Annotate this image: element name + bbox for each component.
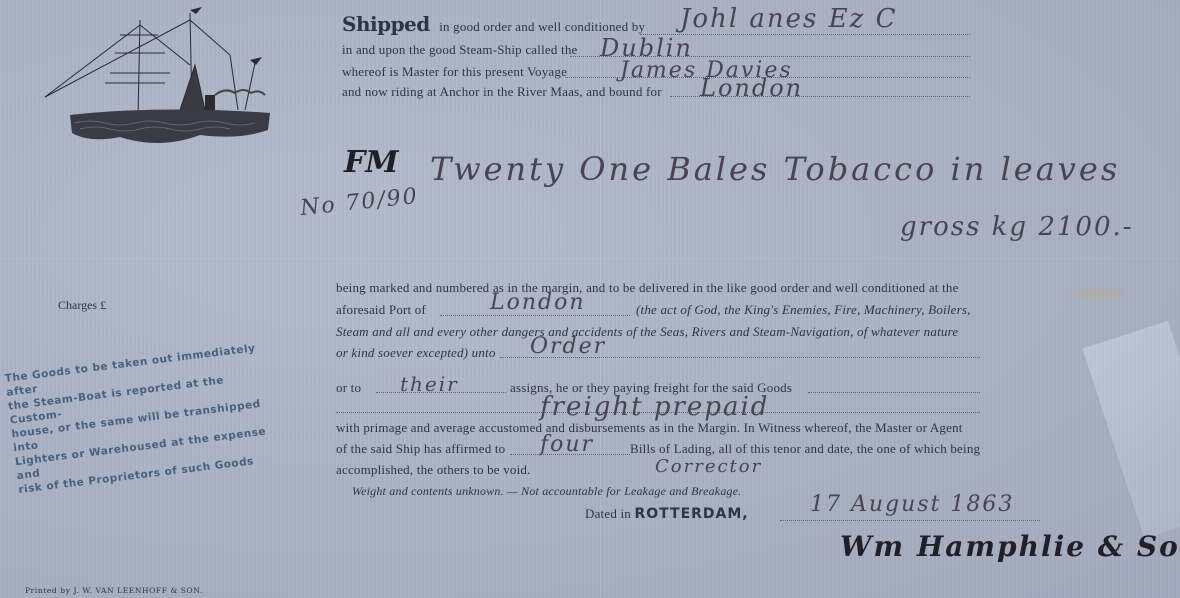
goods-description: Twenty One Bales Tobacco in leaves [430, 150, 1120, 188]
consignee-value: Order [530, 334, 606, 359]
body-line-4: or kind soever excepted) unto [336, 345, 496, 361]
shipped-heading: Shipped [342, 12, 430, 36]
disclaimer: Weight and contents unknown. — Not accou… [352, 484, 741, 499]
body-line-1: being marked and numbered as in the marg… [336, 280, 959, 296]
horizontal-fold-line [0, 258, 1180, 259]
signature: Wm Hamphlie & Son [840, 530, 1180, 563]
assigns-value: their [400, 372, 459, 396]
copies-value: four [540, 432, 594, 457]
goods-weight: gross kg 2100.- [900, 212, 1134, 242]
margin-mark: FM [344, 145, 399, 180]
destination-value: London [700, 74, 803, 102]
shipper-value: Johl anes Ez C [680, 4, 897, 34]
body-line-8: accomplished, the others to be void. [336, 462, 531, 478]
header-line-1: Shipped in good order and well condition… [342, 12, 645, 36]
freight-value: freight prepaid [540, 392, 769, 422]
printer-credit: Printed by J. W. VAN LEENHOFF & SON. [25, 586, 203, 595]
freight-field-line-1 [808, 392, 980, 393]
body-line-7-suffix: Bills of Lading, all of this tenor and d… [630, 441, 980, 457]
date-field-line [780, 520, 1040, 521]
port-value: London [490, 290, 586, 315]
charges-label: Charges £ [58, 298, 106, 313]
dated-line: Dated in ROTTERDAM, [585, 506, 749, 522]
correction-note: Corrector [655, 456, 762, 477]
header-line-2: in and upon the good Steam-Ship called t… [342, 42, 578, 58]
body-line-5-prefix: or to [336, 380, 361, 396]
header-line-4: and now riding at Anchor in the River Ma… [342, 84, 662, 100]
date-value: 17 August 1863 [810, 492, 1014, 517]
port-field-line [440, 315, 630, 316]
body-line-3: Steam and all and every other dangers an… [336, 324, 958, 340]
header-line-3: whereof is Master for this present Voyag… [342, 64, 567, 80]
paper-stain [1075, 288, 1125, 300]
body-line-2: aforesaid Port of [336, 302, 426, 318]
body-line-6: with primage and average accustomed and … [336, 420, 963, 436]
steamship-engraving-icon [40, 5, 280, 150]
body-line-7-prefix: of the said Ship has affirmed to [336, 441, 505, 457]
body-line-2-suffix: (the act of God, the King's Enemies, Fir… [636, 302, 971, 318]
